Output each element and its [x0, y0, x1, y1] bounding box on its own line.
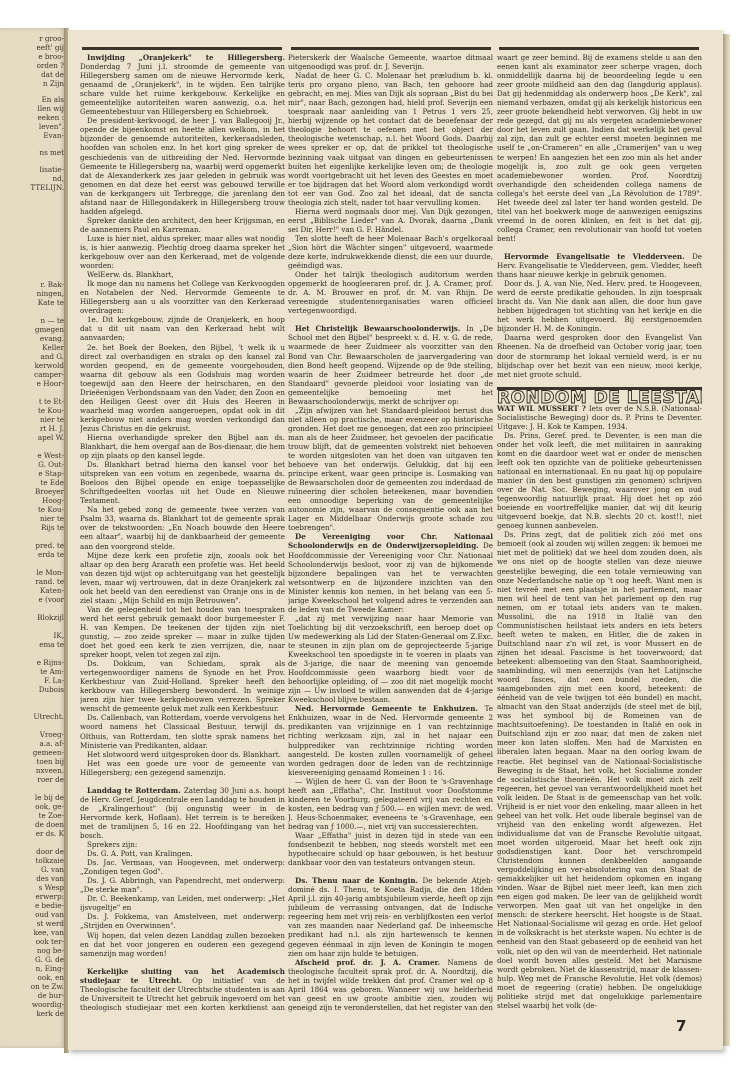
previous-page-text: e Rijns-	[0, 658, 64, 667]
previous-page-text: e (voor	[0, 595, 64, 604]
previous-page-text: erda te	[0, 550, 64, 559]
article-text: Ds. Jac. Vermaas, van Hoogeveen, met ond…	[80, 858, 285, 876]
article-paragraph: — Wijlen de heer G. van der Boon te 's-G…	[288, 777, 493, 831]
previous-page-text: IK,	[0, 631, 64, 640]
article-text: Te Enkhuizen, waar in de Ned. Hervormde …	[288, 704, 493, 776]
article-text: Nadat de heer G. C. Molenaar het præludi…	[288, 71, 493, 207]
article-text: Wij hopen, dat velen dezen Landdag zulle…	[80, 931, 285, 958]
previous-page-text: llen wij	[0, 104, 64, 113]
section-title: RONDOM DE LEESTAFEL	[497, 394, 702, 403]
column-3-articles: waart ge zeer bemind. Bij de examens ste…	[497, 53, 702, 379]
article-paragraph: Hierna overhandigde spreker den Bijbel a…	[80, 433, 285, 460]
article-paragraph: Luxe is hier niet, aldus spreker, maar a…	[80, 234, 285, 270]
column-rule	[82, 47, 282, 50]
article-text: Donderdag 7 Juni j.l. stroomde de gemeen…	[80, 62, 285, 116]
previous-page-text: dat de	[0, 70, 64, 79]
article-paragraph: De president-kerkvoogd, de heer J. van B…	[80, 116, 285, 216]
previous-page-text: door de	[0, 847, 64, 856]
article-paragraph: Ds. J. G. Abbringh, van Papendrecht, met…	[80, 876, 285, 894]
article-text: WelEerw. ds. Blankhart,	[87, 270, 174, 279]
previous-page-text: Hoog-	[0, 496, 64, 505]
article-text: Ds. J. Fokkema, van Amstelveen, met onde…	[80, 912, 285, 930]
previous-page-text: st werd	[0, 919, 64, 928]
previous-page-text: ningen,	[0, 289, 64, 298]
article-heading: Ned. Hervormde Gemeente te Enkhuizen.	[295, 704, 485, 713]
column-3: waart ge zeer bemind. Bij de examens ste…	[497, 53, 702, 1010]
article-text: 2e. het Boek der Boeken, den Bijbel, 't …	[80, 343, 285, 433]
previous-page-text: le bij de	[0, 793, 64, 802]
previous-page-text: le Mon-	[0, 568, 64, 577]
article-paragraph: Het slotwoord werd uitgesproken door ds.…	[80, 750, 285, 759]
previous-page-text: e bedie-	[0, 901, 64, 910]
previous-page-text: and G.	[0, 352, 64, 361]
previous-page-text: te Zoe-	[0, 811, 64, 820]
previous-page-text: n — te	[0, 316, 64, 325]
article-paragraph: Van de gelegenheid tot het houden van to…	[80, 605, 285, 659]
previous-page-text: n, Eing-	[0, 964, 64, 973]
article-heading: Ds. Thenu naar de Koningin.	[295, 876, 422, 885]
article-text: Spreker dankte den architect, den heer K…	[80, 216, 285, 234]
column-rule	[499, 47, 699, 50]
previous-page-text: s Wesp	[0, 883, 64, 892]
article-paragraph: Pieterskerk der Waalsche Gemeente, waart…	[288, 53, 493, 71]
previous-page-text: evang.	[0, 334, 64, 343]
article-text: Namens de theologische faculteit sprak p…	[288, 958, 493, 1012]
article-paragraph: Dr. C. Beekenkamp, van Leiden, met onder…	[80, 894, 285, 912]
article-paragraph: Spreker dankte den architect, den heer K…	[80, 216, 285, 234]
article-text: Pieterskerk der Waalsche Gemeente, waart…	[288, 53, 493, 71]
article-paragraph: Ds. Dokkum, van Schiedam, sprak als vert…	[80, 659, 285, 713]
previous-page-text: gmegen	[0, 325, 64, 334]
article-paragraph: 1e. Dit kerkgebouw, zijnde de Oranjekerk…	[80, 315, 285, 342]
previous-page-text: ema te	[0, 640, 64, 649]
article-paragraph: waart ge zeer bemind. Bij de examens ste…	[497, 53, 702, 243]
previous-page-text: r groo-	[0, 34, 64, 43]
article-paragraph: Ds. Blankhart betrad hierna den kansel v…	[80, 460, 285, 505]
previous-page-text: nier te	[0, 415, 64, 424]
previous-page-text: on te Zw.	[0, 982, 64, 991]
previous-page-text: orden ?	[0, 61, 64, 70]
article-text: Ik moge dan nu namens het College van Ke…	[80, 279, 285, 315]
article-paragraph: WelEerw. ds. Blankhart,	[80, 270, 285, 279]
previous-page-text: camper-	[0, 370, 64, 379]
article-text: Hierna overhandigde spreker den Bijbel a…	[80, 433, 285, 460]
previous-page-text: apel W.	[0, 433, 64, 442]
article-paragraph: Daarna werd gesproken door den Evangelis…	[497, 333, 702, 378]
previous-page-text: rand. te	[0, 577, 64, 586]
article-paragraph: Ik moge dan nu namens het College van Ke…	[80, 279, 285, 315]
previous-page-text: Katen-	[0, 586, 64, 595]
article-paragraph: Ds. Jac. Vermaas, van Hoogeveen, met ond…	[80, 858, 285, 876]
article-text: — Wijlen de heer G. van der Boon te 's-G…	[288, 777, 493, 831]
article-text: Ds. J. G. Abbringh, van Papendrecht, met…	[80, 876, 285, 894]
article-text: Ten slotte heeft de heer Molenaar Bach's…	[288, 234, 493, 270]
previous-page-text: pred. te	[0, 541, 64, 550]
previous-page-text: oud van	[0, 910, 64, 919]
article-text: „dat zij met verwijzing naar haar Memori…	[288, 614, 493, 704]
article-paragraph-with-heading: Inwijding „Oranjekerk" te Hillegersberg.…	[80, 53, 285, 116]
previous-page-text: Evan-	[0, 131, 64, 140]
article-text: Zaterdag 30 Juni a.s. hoopt de Herv. Ger…	[80, 786, 285, 840]
previous-page-fragment: r groo-eeft' gije broo-orden ?dat den Zi…	[0, 28, 66, 1048]
previous-page-text: te Kou-	[0, 505, 64, 514]
article-paragraph-with-heading: Kerkelijke sluiting van het Academisch s…	[80, 967, 285, 1012]
article-paragraph: Mijne deze kerk een profetie zijn, zooal…	[80, 551, 285, 605]
article-paragraph: Waar „Effatha" juist in dezen tijd in st…	[288, 831, 493, 867]
previous-page-text: a.a. af-	[0, 739, 64, 748]
article-paragraph: Na het gebed zong de gemeente twee verze…	[80, 505, 285, 550]
previous-page-text: toen bij	[0, 757, 64, 766]
previous-page-text: e Stap-	[0, 469, 64, 478]
previous-page-text: r. Bak-	[0, 280, 64, 289]
article-paragraph: 2e. het Boek der Boeken, den Bijbel, 't …	[80, 343, 285, 433]
article-paragraph-with-heading: Landdag te Rotterdam. Zaterdag 30 Juni a…	[80, 786, 285, 840]
previous-page-text: Dubois	[0, 685, 64, 694]
article-text: „Zijn afwijzen van het Standaard-pleidoo…	[288, 406, 493, 533]
previous-page-text: kerwold	[0, 361, 64, 370]
article-paragraph: Ds. J. Fokkema, van Amstelveen, met onde…	[80, 912, 285, 930]
previous-page-text: des van	[0, 874, 64, 883]
previous-page-text: ook, en	[0, 973, 64, 982]
previous-page-text: rt H. J.	[0, 424, 64, 433]
article-paragraph-with-heading: Ds. Thenu naar de Koningin. De bekende A…	[288, 876, 493, 957]
review-paragraph: Ds. Prins zegt, dat de politiek zich zóó…	[497, 530, 702, 1009]
previous-page-text: n Zijn	[0, 79, 64, 88]
previous-page-text: lisatie-	[0, 165, 64, 174]
article-text: Hierna werd nogmaals door mej. Van Dijk …	[288, 207, 493, 234]
previous-page-text: Kate te	[0, 298, 64, 307]
column-1: Inwijding „Oranjekerk" te Hillegersberg.…	[80, 53, 285, 1012]
previous-page-text: leven".	[0, 122, 64, 131]
previous-page-text: F. La-	[0, 676, 64, 685]
article-text: Ds. G. A. Pott, van Kralingen.	[87, 849, 193, 858]
article-text: Het was een goede ure voor de gemeente v…	[80, 759, 285, 777]
previous-page-text: nd,	[0, 174, 64, 183]
article-paragraph: Hierna werd nogmaals door mej. Van Dijk …	[288, 207, 493, 234]
previous-page-text: kerk de	[0, 1009, 64, 1018]
article-text: De bekende Atjeh-dominé ds. I. Thenu, te…	[288, 876, 493, 957]
article-paragraph: Ds. G. A. Pott, van Kralingen.	[80, 849, 285, 858]
article-text: In „De School met den Bijbel" bespreekt …	[288, 324, 493, 405]
previous-page-text: G. Out-	[0, 460, 64, 469]
column-2: Pieterskerk der Waalsche Gemeente, waart…	[288, 53, 493, 1012]
previous-page-text: eeken :	[0, 113, 64, 122]
column-rule	[291, 47, 491, 50]
article-paragraph: „Zijn afwijzen van het Standaard-pleidoo…	[288, 406, 493, 533]
article-text: Dr. C. Beekenkamp, van Leiden, met onder…	[80, 894, 285, 912]
previous-page-text: de bur-	[0, 991, 64, 1000]
previous-page-text: woordig-	[0, 1000, 64, 1009]
previous-page-text: Rijs te	[0, 523, 64, 532]
article-paragraph: Ten slotte heeft de heer Molenaar Bach's…	[288, 234, 493, 270]
article-paragraph: Nadat de heer G. C. Molenaar het præludi…	[288, 71, 493, 207]
previous-page-text: G. G. de	[0, 955, 64, 964]
previous-page-text: te Ede	[0, 478, 64, 487]
previous-page-text: t te Et-	[0, 397, 64, 406]
article-text: Het slotwoord werd uitgesproken door ds.…	[87, 750, 281, 759]
article-heading: Afscheid prof. dr. J. A. Cramer.	[295, 958, 447, 967]
article-text: Van de gelegenheid tot het houden van to…	[80, 605, 285, 659]
article-heading: Hervormde Evangelisatie te Vledderveen.	[504, 252, 692, 261]
previous-page-text: eeft' gij	[0, 43, 64, 52]
article-text: De president-kerkvoogd, de heer J. van B…	[80, 116, 285, 215]
article-paragraph: Sprekers zijn:	[80, 840, 285, 849]
book-title: WAT WIL MUSSERT ?	[497, 404, 586, 413]
article-text: 1e. Dit kerkgebouw, zijnde de Oranjekerk…	[80, 315, 285, 342]
previous-page-text: roer de	[0, 775, 64, 784]
previous-page-text: TTELIJN.	[0, 183, 64, 192]
article-paragraph-with-heading: De Vereeniging voor Chr. Nationaal Schoo…	[288, 532, 493, 613]
previous-page-text: G. van	[0, 865, 64, 874]
previous-page-text: er ds. K	[0, 829, 64, 838]
previous-page-text: nxveen.	[0, 766, 64, 775]
previous-page-text: te Kou-	[0, 406, 64, 415]
article-paragraph-with-heading: Afscheid prof. dr. J. A. Cramer. Namens …	[288, 958, 493, 1012]
article-paragraph-with-heading: Ned. Hervormde Gemeente te Enkhuizen. Te…	[288, 704, 493, 776]
article-paragraph: Onder het talrijk theologisch auditorium…	[288, 270, 493, 315]
previous-page-text: Broeyer	[0, 487, 64, 496]
previous-page-text: gemeen-	[0, 748, 64, 757]
article-heading: Landdag te Rotterdam.	[87, 786, 184, 795]
article-heading: Inwijding „Oranjekerk" te Hillegersberg.	[87, 53, 285, 62]
article-paragraph: Het was een goede ure voor de gemeente v…	[80, 759, 285, 777]
previous-page-text: ook, ge-	[0, 802, 64, 811]
previous-page-text: e broo-	[0, 52, 64, 61]
article-text: De Hoofdcommissie der Vereeniging voor C…	[288, 541, 493, 613]
article-text: Sprekers zijn:	[87, 840, 137, 849]
previous-page-text: nier te	[0, 514, 64, 523]
previous-page-text: te Am-	[0, 667, 64, 676]
article-text: Waar „Effatha" juist in dezen tijd in st…	[288, 831, 493, 867]
previous-page-text: ook ter-	[0, 937, 64, 946]
article-heading: De Vereeniging voor Chr. Nationaal Schoo…	[288, 532, 493, 550]
article-text: Door ds. J. A. van Nie, Ned. Herv. pred.…	[497, 279, 702, 333]
previous-page-text: de doen	[0, 820, 64, 829]
article-paragraph: „dat zij met verwijzing naar haar Memori…	[288, 614, 493, 704]
article-text: waart ge zeer bemind. Bij de examens ste…	[497, 53, 702, 243]
review-paragraph: Ds. Prins, Geref. pred. te Deventer, is …	[497, 431, 702, 531]
article-paragraph-with-heading: Het Christelijk Bewaarschoolonderwijs. I…	[288, 324, 493, 405]
article-text: Na het gebed zong de gemeente twee verze…	[80, 505, 285, 550]
previous-page-text: En als	[0, 95, 64, 104]
previous-page-text: kee, van	[0, 928, 64, 937]
article-text: Mijne deze kerk een profetie zijn, zooal…	[80, 551, 285, 605]
previous-page-text: Utrecht.	[0, 712, 64, 721]
article-text: Daarna werd gesproken door den Evangelis…	[497, 333, 702, 378]
previous-page-text: Blokzijl	[0, 613, 64, 622]
previous-page-text: erwerp:	[0, 892, 64, 901]
article-paragraph-with-heading: Hervormde Evangelisatie te Vledderveen. …	[497, 252, 702, 279]
page-number: 7	[676, 1017, 686, 1035]
previous-page-text: e Hoor-	[0, 379, 64, 388]
article-heading: Het Christelijk Bewaarschoolonderwijs.	[295, 324, 466, 333]
article-paragraph: Ds. Callenbach, van Rotterdam, voerde ve…	[80, 713, 285, 749]
article-text: Ds. Dokkum, van Schiedam, sprak als vert…	[80, 659, 285, 713]
previous-page-text: Vroeg-	[0, 730, 64, 739]
article-text: Ds. Blankhart betrad hierna den kansel v…	[80, 460, 285, 505]
book-review-body: Ds. Prins, Geref. pred. te Deventer, is …	[497, 431, 702, 1010]
previous-page-text: nog be-	[0, 946, 64, 955]
previous-page-text: tolkzaie	[0, 856, 64, 865]
article-text: Ds. Callenbach, van Rotterdam, voerde ve…	[80, 713, 285, 749]
previous-page-text: e West-	[0, 451, 64, 460]
previous-page-text: Keller	[0, 343, 64, 352]
book-review-header: WAT WIL MUSSERT ? Iets over de N.S.B. (N…	[497, 404, 702, 431]
article-paragraph: Door ds. J. A. van Nie, Ned. Herv. pred.…	[497, 279, 702, 333]
article-paragraph: Wij hopen, dat velen dezen Landdag zulle…	[80, 931, 285, 958]
article-text: Luxe is hier niet, aldus spreker, maar a…	[80, 234, 285, 270]
article-text: Onder het talrijk theologisch auditorium…	[288, 270, 493, 315]
previous-page-text: ns met	[0, 148, 64, 157]
